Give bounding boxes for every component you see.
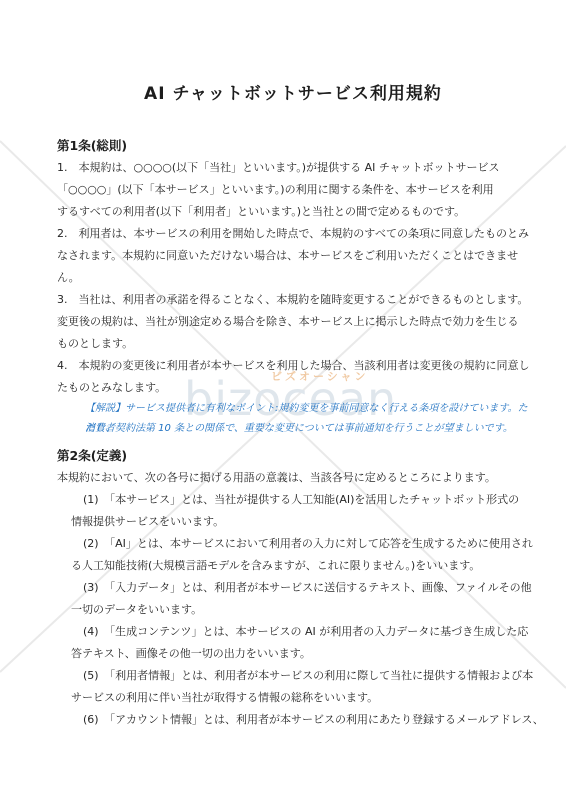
text-line: る人工知能技術(大規模言語モデルを含みますが、これに限りません。)をいいます。 [57, 555, 529, 577]
terms-paragraph: 1. 本規約は、○○○○(以下「当社」といいます。)が提供する AI チャットボ… [57, 157, 529, 223]
text-line: 変更後の規約は、当社が別途定める場合を除き、本サービス上に掲示した時点で効力を生… [57, 311, 529, 333]
terms-paragraph: 4. 本規約の変更後に利用者が本サービスを利用した場合、当該利用者は変更後の規約… [57, 355, 529, 399]
document-content: AI チャットボットサービス利用規約 第1条(総則)1. 本規約は、○○○○(以… [57, 0, 529, 800]
text-line: (6) 「アカウント情報」とは、利用者が本サービスの利用にあたり登録するメールア… [57, 709, 529, 731]
terms-sections: 第1条(総則)1. 本規約は、○○○○(以下「当社」といいます。)が提供する A… [57, 135, 529, 731]
text-line: 情報提供サービスをいいます。 [57, 511, 529, 533]
text-line: 1. 本規約は、○○○○(以下「当社」といいます。)が提供する AI チャットボ… [57, 157, 529, 179]
definition-item: (1) 「本サービス」とは、当社が提供する人工知能(AI)を活用したチャットボッ… [57, 489, 529, 533]
definition-item: (4) 「生成コンテンツ」とは、本サービスの AI が利用者の入力データに基づき… [57, 621, 529, 665]
definition-item: (2) 「AI」とは、本サービスにおいて利用者の入力に対して応答を生成するために… [57, 533, 529, 577]
text-line: ん。 [57, 267, 529, 289]
text-line: なされます。本規約に同意いただけない場合は、本サービスをご利用いただくことはでき… [57, 245, 529, 267]
definition-item: (5) 「利用者情報」とは、利用者が本サービスの利用に際して当社に提供する情報お… [57, 665, 529, 709]
text-line: 3. 当社は、利用者の承諾を得ることなく、本規約を随時変更することができるものと… [57, 289, 529, 311]
terms-paragraph: 本規約において、次の各号に掲げる用語の意義は、当該各号に定めるところによります。 [57, 467, 529, 489]
text-line: 一切のデータをいいます。 [57, 599, 529, 621]
text-line: ものとします。 [57, 333, 529, 355]
text-line: たものとみなします。 [57, 377, 529, 399]
text-line: (4) 「生成コンテンツ」とは、本サービスの AI が利用者の入力データに基づき… [57, 621, 529, 643]
terms-section: 第2条(定義)本規約において、次の各号に掲げる用語の意義は、当該各号に定めるとこ… [57, 445, 529, 731]
text-line: 「○○○○」(以下「本サービス」といいます。)の利用に関する条件を、本サービスを… [57, 179, 529, 201]
text-line: 本規約において、次の各号に掲げる用語の意義は、当該各号に定めるところによります。 [57, 467, 529, 489]
terms-section: 第1条(総則)1. 本規約は、○○○○(以下「当社」といいます。)が提供する A… [57, 135, 529, 439]
document-title: AI チャットボットサービス利用規約 [57, 84, 529, 105]
text-line: 消費者契約法第 10 条との関係で、重要な変更については事前通知を行うことが望ま… [57, 419, 529, 439]
text-line: 答テキスト、画像その他一切の出力をいいます。 [57, 643, 529, 665]
text-line: 2. 利用者は、本サービスの利用を開始した時点で、本規約のすべての条項に同意した… [57, 223, 529, 245]
text-line: (1) 「本サービス」とは、当社が提供する人工知能(AI)を活用したチャットボッ… [57, 489, 529, 511]
text-line: 【解説】サービス提供者に有利なポイント:規約変更を事前同意なく行える条項を設けて… [57, 399, 529, 419]
text-line: サービスの利用に伴い当社が取得する情報の総称をいいます。 [57, 687, 529, 709]
terms-paragraph: 2. 利用者は、本サービスの利用を開始した時点で、本規約のすべての条項に同意した… [57, 223, 529, 289]
text-line: (2) 「AI」とは、本サービスにおいて利用者の入力に対して応答を生成するために… [57, 533, 529, 555]
definition-item: (3) 「入力データ」とは、利用者が本サービスに送信するテキスト、画像、ファイル… [57, 577, 529, 621]
commentary-note: 【解説】サービス提供者に有利なポイント:規約変更を事前同意なく行える条項を設けて… [57, 399, 529, 439]
section-heading: 第2条(定義) [57, 445, 529, 467]
definition-item: (6) 「アカウント情報」とは、利用者が本サービスの利用にあたり登録するメールア… [57, 709, 529, 731]
text-line: 4. 本規約の変更後に利用者が本サービスを利用した場合、当該利用者は変更後の規約… [57, 355, 529, 377]
terms-paragraph: 3. 当社は、利用者の承諾を得ることなく、本規約を随時変更することができるものと… [57, 289, 529, 355]
text-line: (5) 「利用者情報」とは、利用者が本サービスの利用に際して当社に提供する情報お… [57, 665, 529, 687]
section-heading: 第1条(総則) [57, 135, 529, 157]
text-line: するすべての利用者(以下「利用者」といいます。)と当社との間で定めるものです。 [57, 201, 529, 223]
document-page: ビズオーシャン bizocean AI チャットボットサービス利用規約 第1条(… [0, 0, 566, 800]
text-line: (3) 「入力データ」とは、利用者が本サービスに送信するテキスト、画像、ファイル… [57, 577, 529, 599]
